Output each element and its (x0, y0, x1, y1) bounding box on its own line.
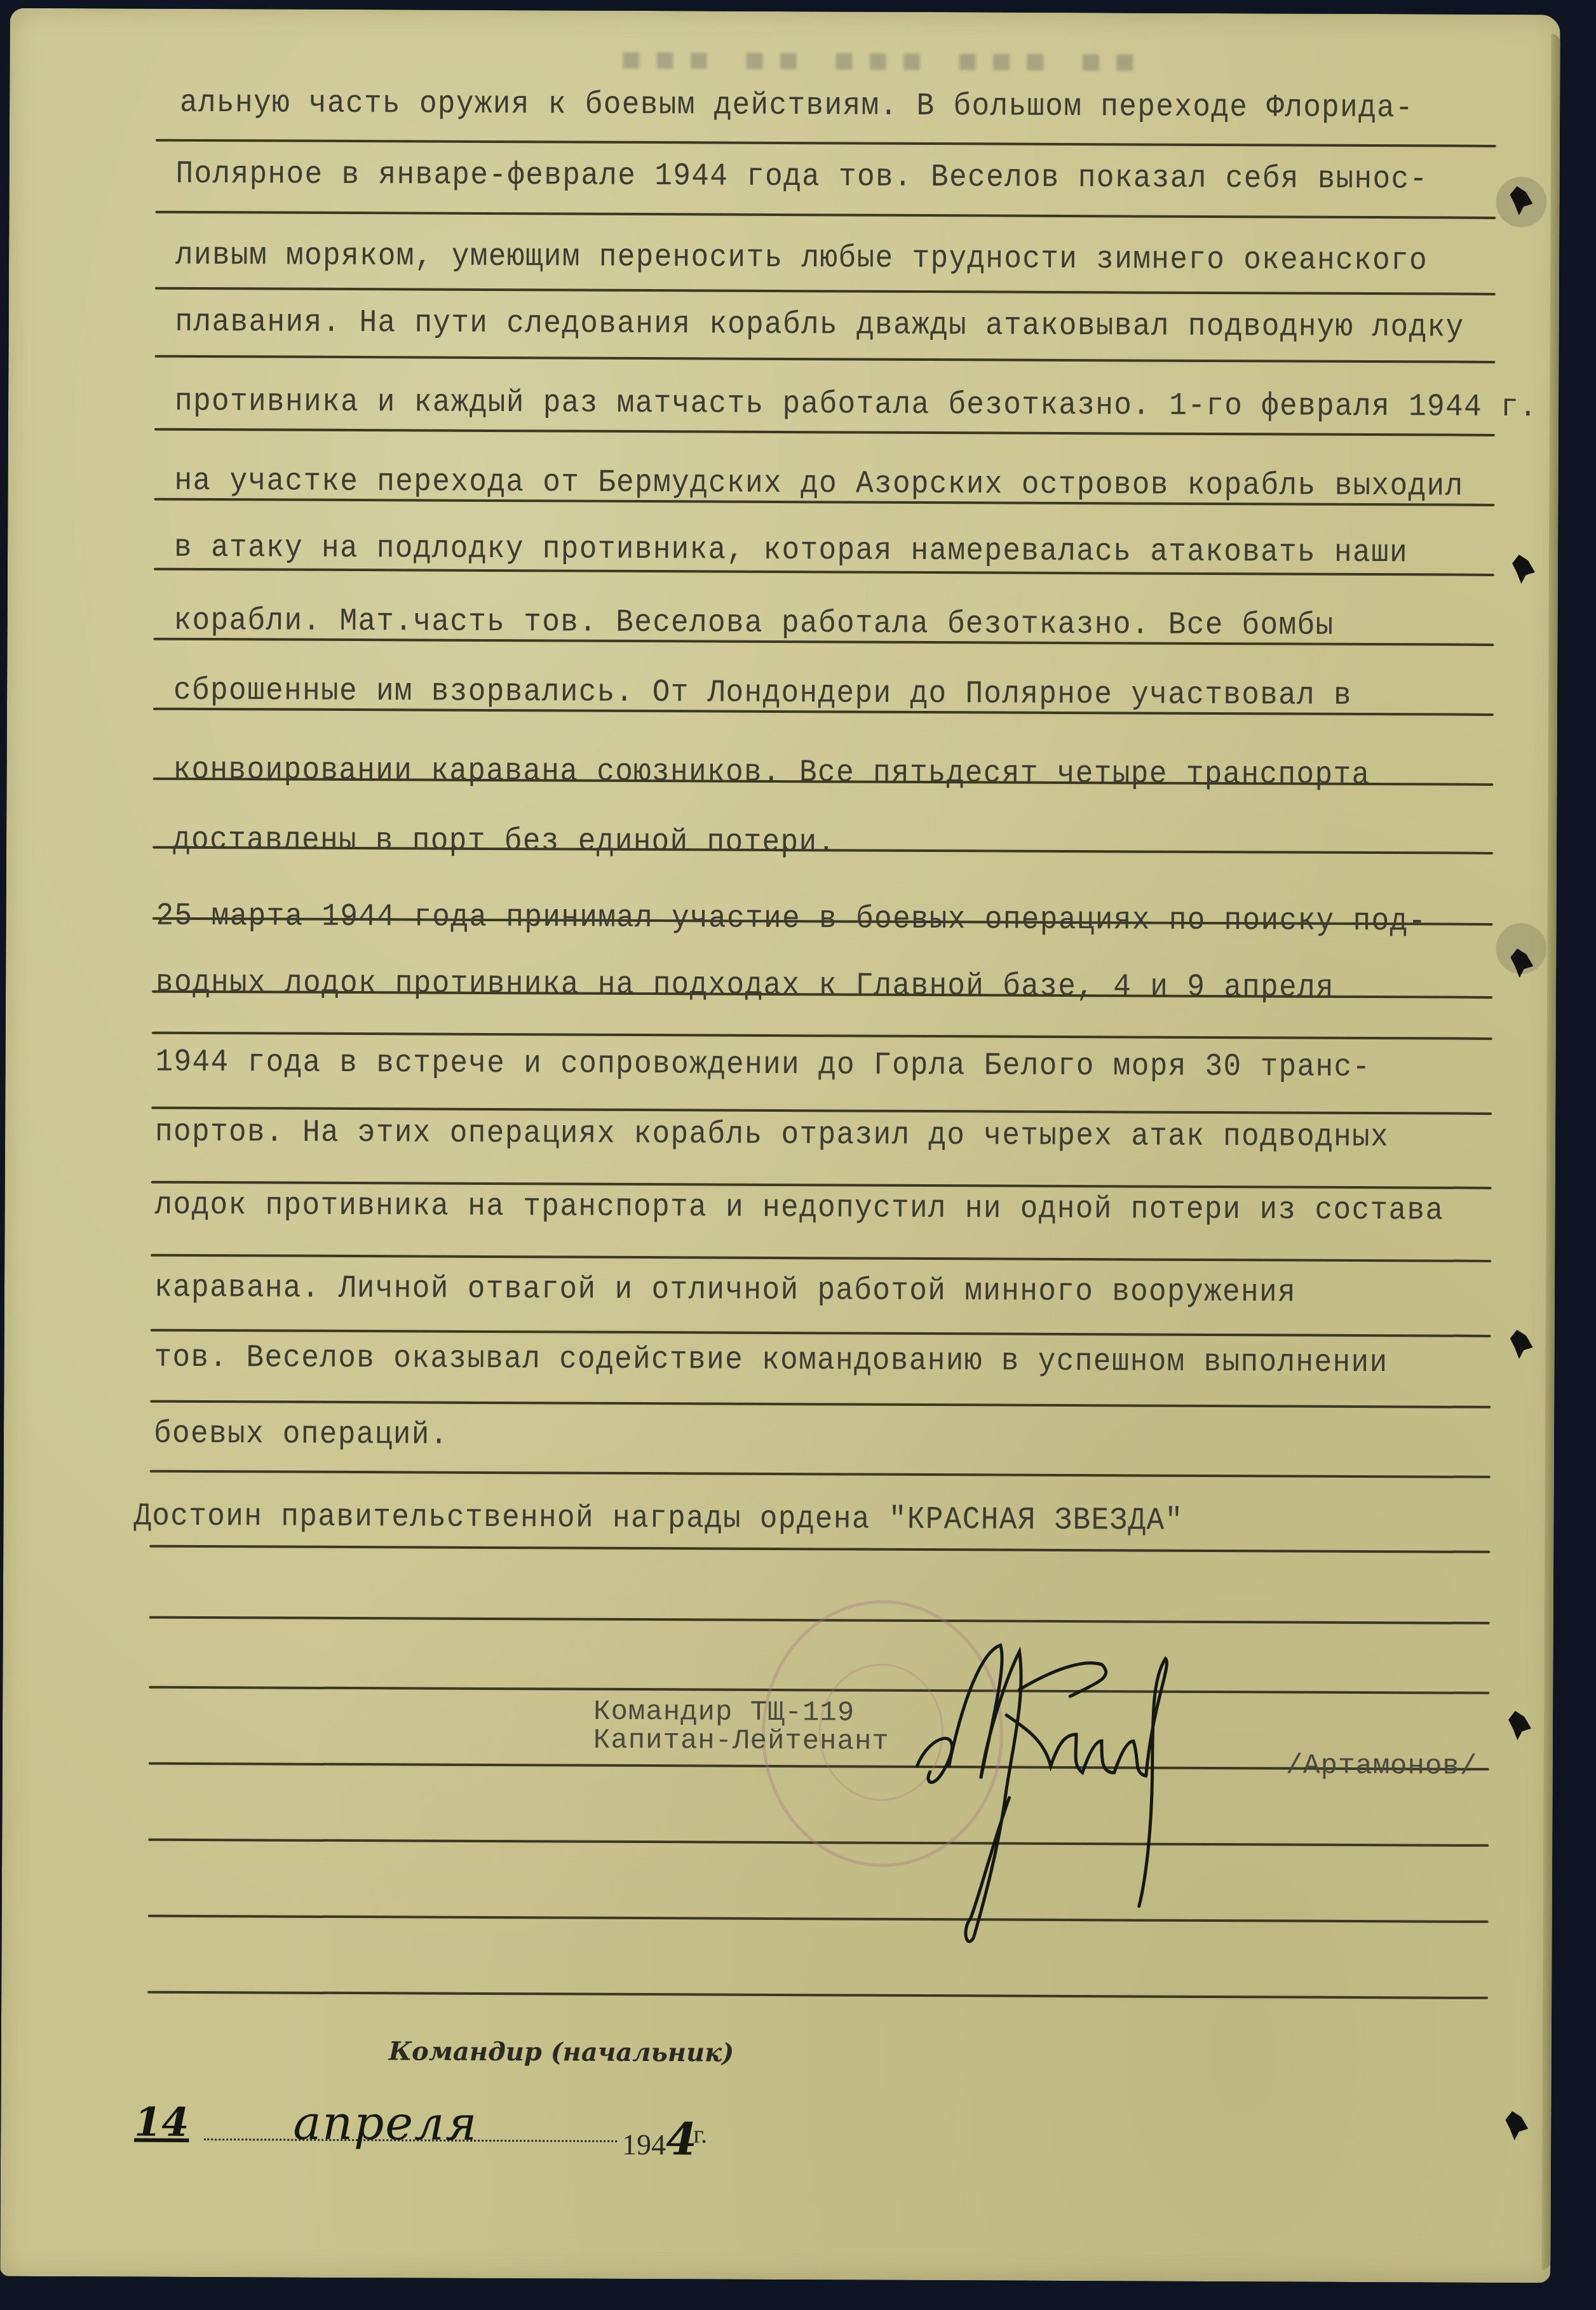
rule-line (151, 1329, 1491, 1337)
body-line: альную часть оружия к боевым действиям. … (180, 85, 1414, 126)
rule-line (150, 1470, 1491, 1478)
signer-position-line1: Командир ТЩ-119 (593, 1698, 855, 1728)
rule-line (151, 1254, 1491, 1262)
faint-archive-marking: ▪▪▪ ▪▪ ▪▪▪ ▪▪▪ ▪▪ (619, 39, 1484, 81)
date-line: 14 апреля 1944 г. (109, 2098, 744, 2158)
body-line: боевых операций. (154, 1416, 449, 1454)
body-line: конвоировании каравана союзников. Все пя… (173, 752, 1370, 794)
rule-line (152, 1032, 1492, 1040)
document-page: ▪▪▪ ▪▪ ▪▪▪ ▪▪▪ ▪▪ альную часть оружия к … (0, 8, 1560, 2283)
rule-line (155, 287, 1496, 295)
binder-hole-icon (1508, 1711, 1531, 1740)
rule-line (154, 428, 1495, 436)
body-line: каравана. Личной отвагой и отличной рабо… (154, 1270, 1296, 1311)
body-line: в атаку на подлодку противника, которая … (174, 530, 1408, 571)
body-line: 1944 года в встрече и сопровождении до Г… (155, 1044, 1370, 1086)
date-year-unit: г. (693, 2119, 707, 2149)
body-line: лодок противника на транспорта и недопус… (154, 1187, 1444, 1229)
rule-line (154, 355, 1495, 363)
signer-position-line2: Капитан-Лейтенант (593, 1726, 889, 1757)
rule-line (151, 1107, 1492, 1115)
body-line: портов. На этих операциях корабль отрази… (155, 1114, 1389, 1156)
date-day: 14 (134, 2099, 189, 2145)
body-line: Полярное в январе-феврале 1944 года тов.… (176, 156, 1428, 198)
date-year-suffix: 4 (666, 2112, 697, 2165)
body-line: тов. Веселов оказывал содействие командо… (154, 1340, 1388, 1381)
body-line: 25 марта 1944 года принимал участие в бо… (156, 898, 1426, 940)
binder-hole-icon (1510, 1330, 1533, 1359)
binder-hole-icon (1512, 555, 1535, 584)
body-line: доставлены в порт без единой потери. (173, 822, 836, 861)
page-edge (1541, 34, 1560, 2270)
rule-line (156, 139, 1496, 147)
date-year: 1944 (622, 2112, 697, 2166)
commander-label: Командир (начальник) (389, 2036, 734, 2067)
rule-line (155, 211, 1496, 219)
body-line: корабли. Мат.часть тов. Веселова работал… (173, 603, 1334, 644)
handwritten-signature (910, 1638, 1305, 1958)
signer-name: /Артамонов/ (1286, 1751, 1478, 1781)
body-line: на участке перехода от Бермудских до Азо… (174, 463, 1463, 505)
binder-hole-icon (1505, 2111, 1528, 2140)
date-year-prefix: 194 (622, 2128, 666, 2161)
rule-line (149, 1545, 1490, 1553)
rule-line (147, 1991, 1488, 1999)
body-line: плавания. На пути следования корабль два… (175, 304, 1464, 346)
body-line: ливым моряком, умеющим переносить любые … (175, 238, 1428, 280)
body-line: противника и каждый раз матчасть работал… (175, 384, 1538, 426)
body-line: сброшенные им взорвались. От Лондондери … (173, 673, 1352, 714)
body-line: водных лодок противника на подходах к Гл… (156, 965, 1334, 1006)
rule-line (150, 1400, 1491, 1408)
award-recommendation: Достоин правительственной награды ордена… (133, 1499, 1183, 1539)
date-month: апреля (293, 2096, 478, 2151)
